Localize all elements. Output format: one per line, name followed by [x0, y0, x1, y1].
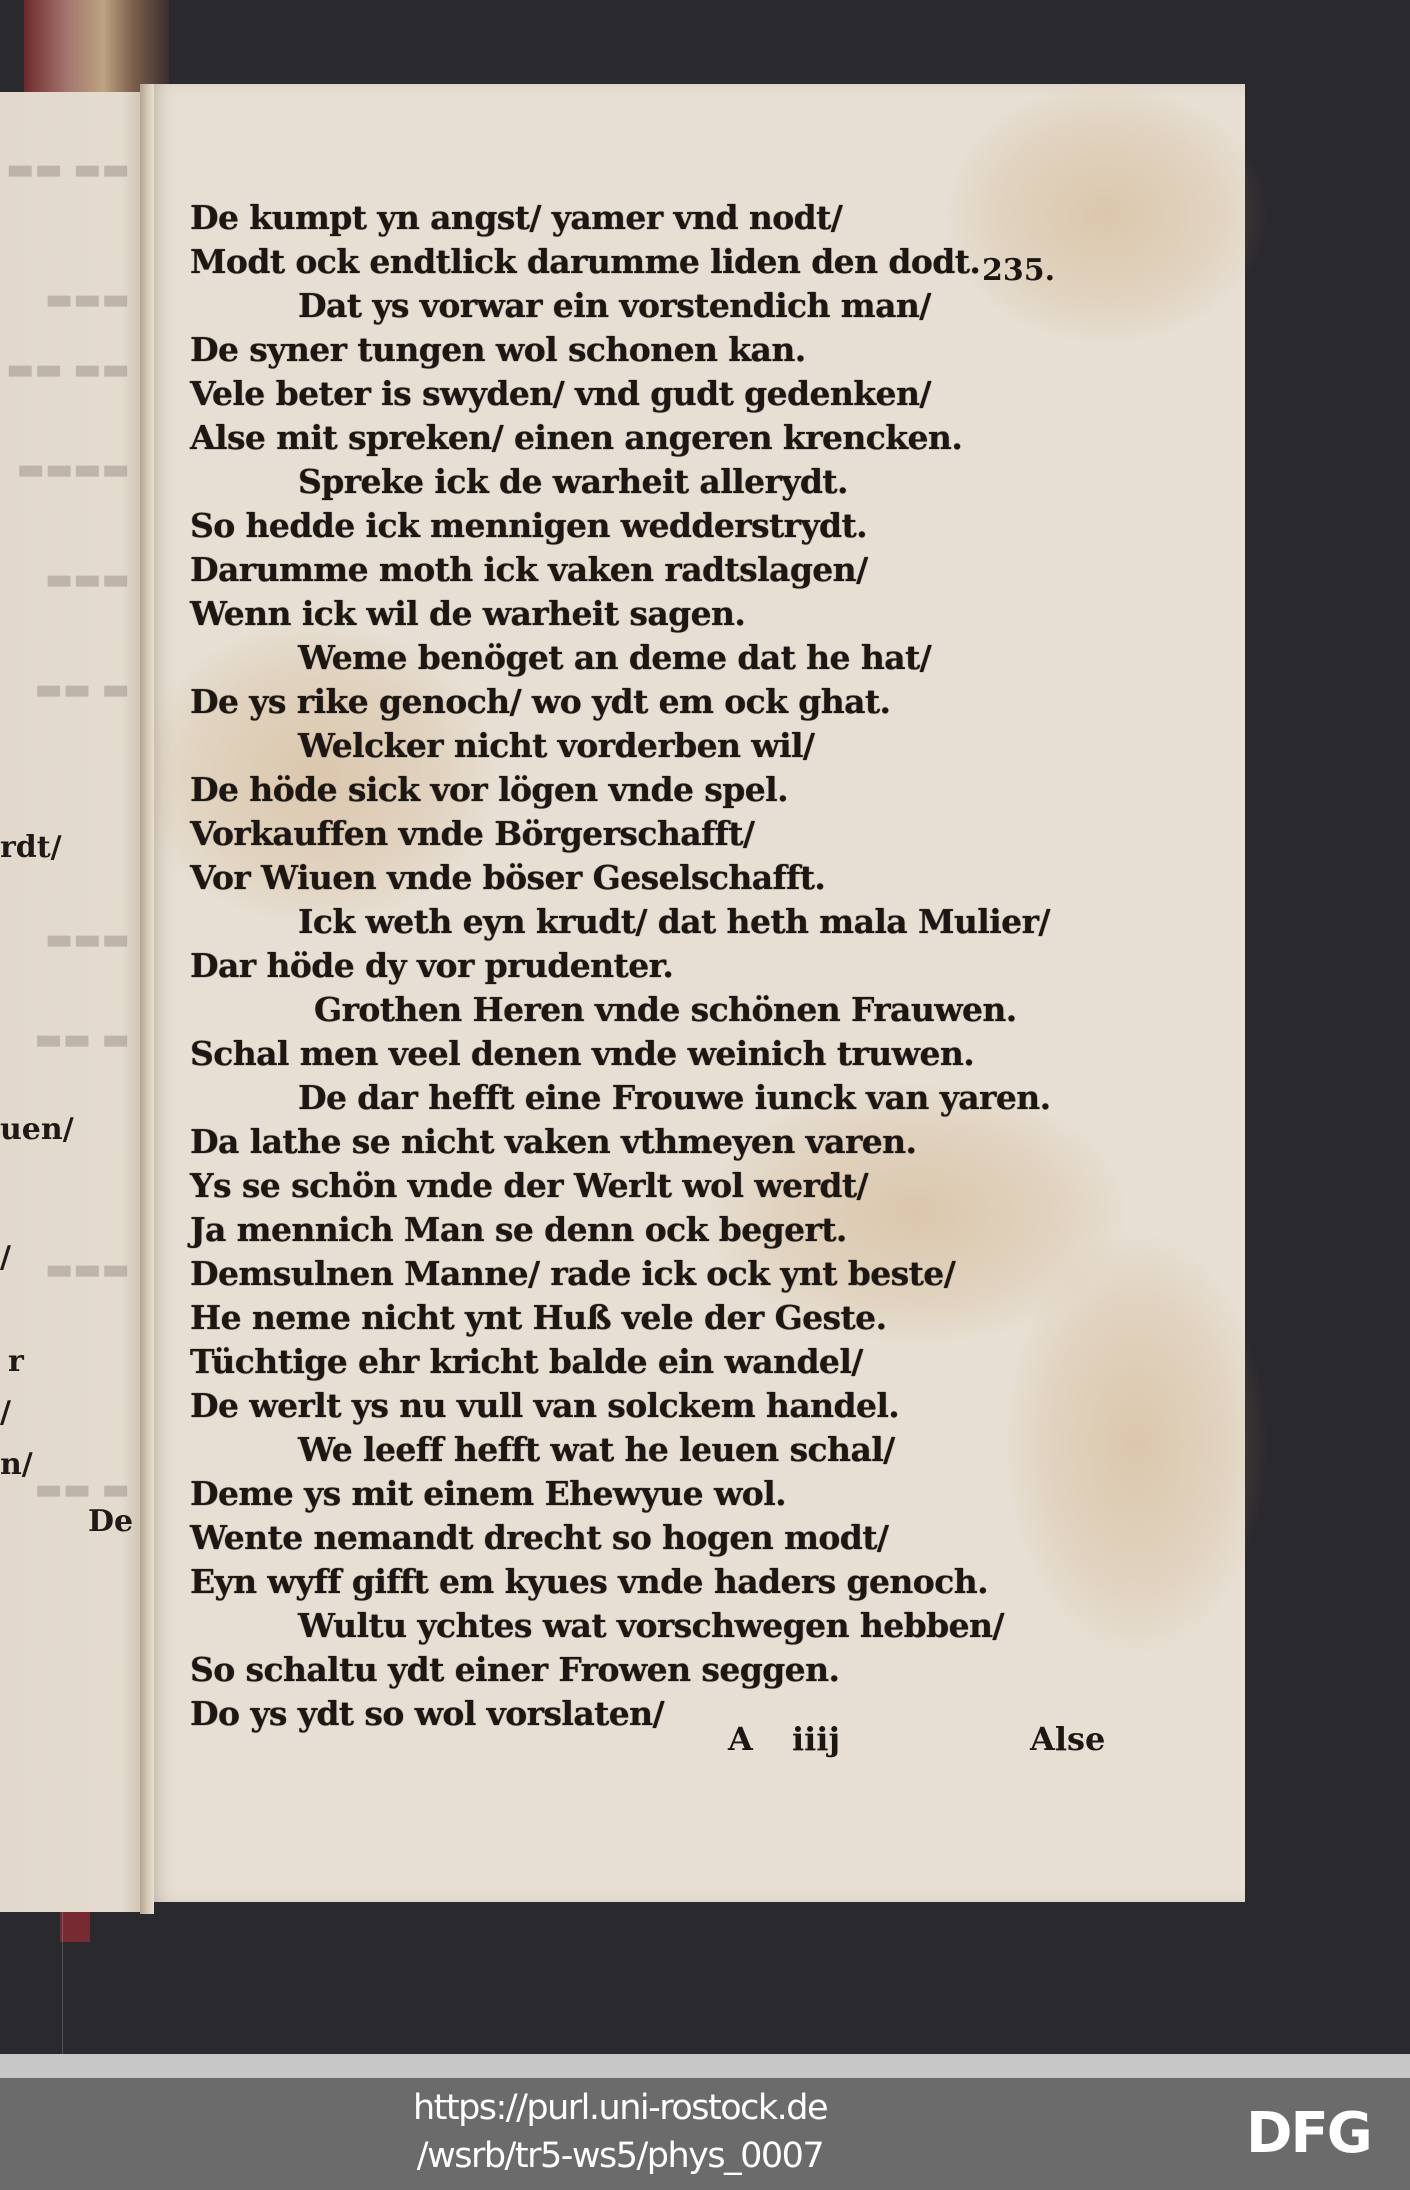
verse-line: Do ys ydt so wol vorslaten/ [190, 1692, 664, 1736]
verse-line: De kumpt yn angst/ yamer vnd nodt/ [190, 196, 842, 240]
bleed-through-text: ▬▬ ▬▬ [0, 352, 130, 382]
water-stain [1006, 1234, 1266, 1654]
bleed-through-text: ▬▬▬ [0, 282, 130, 312]
verse-line: Vele beter is swyden/ vnd gudt gedenken/ [190, 372, 931, 416]
verse-line: We leeff hefft wat he leuen schal/ [298, 1428, 895, 1472]
verse-line: So schaltu ydt einer Frowen seggen. [190, 1648, 839, 1692]
bleed-through-text: ▬▬▬ [0, 922, 130, 952]
footer: https://purl.uni-rostock.de /wsrb/tr5-ws… [0, 2078, 1410, 2190]
verse-line: So hedde ick mennigen wedderstrydt. [190, 504, 867, 548]
verse-line: Alse mit spreken/ einen angeren krencken… [190, 416, 962, 460]
spine-edge [60, 1912, 210, 2054]
verse-line: He neme nicht ynt Huß vele der Geste. [190, 1296, 886, 1340]
bleed-through-text: ▬▬▬▬ [0, 452, 130, 482]
verse-line: Tüchtige ehr kricht balde ein wandel/ [190, 1340, 863, 1384]
permalink-line-2: /wsrb/tr5-ws5/phys_0007 [300, 2132, 940, 2180]
bleed-through-text: ▬▬ ▬ [0, 672, 130, 702]
verse-line: Ja mennich Man se denn ock begert. [190, 1208, 847, 1252]
catchword: Alse [1030, 1720, 1105, 1758]
facing-page-fragment: / [0, 1240, 11, 1275]
verse-line: Dar höde dy vor prudenter. [190, 944, 673, 988]
book-binding-top [24, 0, 169, 92]
verse-line: Deme ys mit einem Ehewyue wol. [190, 1472, 786, 1516]
verse-line: De höde sick vor lögen vnde spel. [190, 768, 788, 812]
permalink-line-1: https://purl.uni-rostock.de [300, 2084, 940, 2132]
verse-line: Modt ock endtlick darumme liden den dodt… [190, 240, 980, 284]
verse-line: Wenn ick wil de warheit sagen. [190, 592, 745, 636]
bleed-through-text: ▬▬ ▬ [0, 1022, 130, 1052]
verse-line: Demsulnen Manne/ rade ick ock ynt beste/ [190, 1252, 955, 1296]
verse-line: Da lathe se nicht vaken vthmeyen varen. [190, 1120, 916, 1164]
verse-line: Welcker nicht vorderben wil/ [298, 724, 814, 768]
verse-line: Weme benöget an deme dat he hat/ [298, 636, 931, 680]
verse-line: Dat ys vorwar ein vorstendich man/ [298, 284, 931, 328]
facing-page-fragment: rdt/ [0, 830, 62, 865]
verse-line: Wultu ychtes wat vorschwegen hebben/ [298, 1604, 1004, 1648]
verse-line: Darumme moth ick vaken radtslagen/ [190, 548, 868, 592]
verse-line: Ys se schön vnde der Werlt wol werdt/ [190, 1164, 868, 1208]
footer-divider [0, 2054, 1410, 2078]
scan-area: ▬▬ ▬▬ ▬▬▬ ▬▬ ▬▬ ▬▬▬▬ ▬▬▬ ▬▬ ▬ ▬▬▬ ▬▬ ▬ ▬… [0, 0, 1410, 2054]
facing-page-fragment: / [0, 1395, 11, 1430]
verse-line: Ick weth eyn krudt/ dat heth mala Mulier… [298, 900, 1050, 944]
verse-line: Eyn wyff gifft em kyues vnde haders geno… [190, 1560, 988, 1604]
signature-mark: A iiij [728, 1720, 840, 1758]
bleed-through-text: ▬▬ ▬▬ [0, 152, 130, 182]
gutter-shadow [140, 84, 154, 1914]
permalink[interactable]: https://purl.uni-rostock.de /wsrb/tr5-ws… [300, 2084, 940, 2180]
verse-line: De syner tungen wol schonen kan. [190, 328, 806, 372]
verse-line: Sprekе ick de warheit allerydt. [298, 460, 848, 504]
facing-page-catchword: De [88, 1504, 133, 1539]
verse-line: De ys rike genoch/ wo ydt em ock ghat. [190, 680, 890, 724]
verse-line: Vorkauffen vnde Börgerschafft/ [190, 812, 754, 856]
page-number: 235. [982, 253, 1055, 288]
facing-page-fragment: uen/ [0, 1112, 74, 1147]
verse-line: Grothen Heren vnde schönen Frauwen. [314, 988, 1017, 1032]
facing-page-fragment: r [8, 1344, 24, 1379]
verse-line: De werlt ys nu vull van solckem handel. [190, 1384, 899, 1428]
verse-line: Schal men veel denen vnde weinich truwen… [190, 1032, 974, 1076]
dfg-logo: DFG [1246, 2106, 1371, 2162]
bleed-through-text: ▬▬▬ [0, 562, 130, 592]
facing-page-fragment: n/ [0, 1447, 33, 1482]
bleed-through-text: ▬▬▬ [0, 1252, 130, 1282]
verse-line: De dar hefft eine Frouwe iunck van yaren… [298, 1076, 1051, 1120]
facing-page: ▬▬ ▬▬ ▬▬▬ ▬▬ ▬▬ ▬▬▬▬ ▬▬▬ ▬▬ ▬ ▬▬▬ ▬▬ ▬ ▬… [0, 92, 152, 1912]
water-stain [946, 84, 1266, 344]
verse-line: Vor Wiuen vnde böser Geselschafft. [190, 856, 825, 900]
verse-line: Wente nemandt drecht so hogen modt/ [190, 1516, 888, 1560]
